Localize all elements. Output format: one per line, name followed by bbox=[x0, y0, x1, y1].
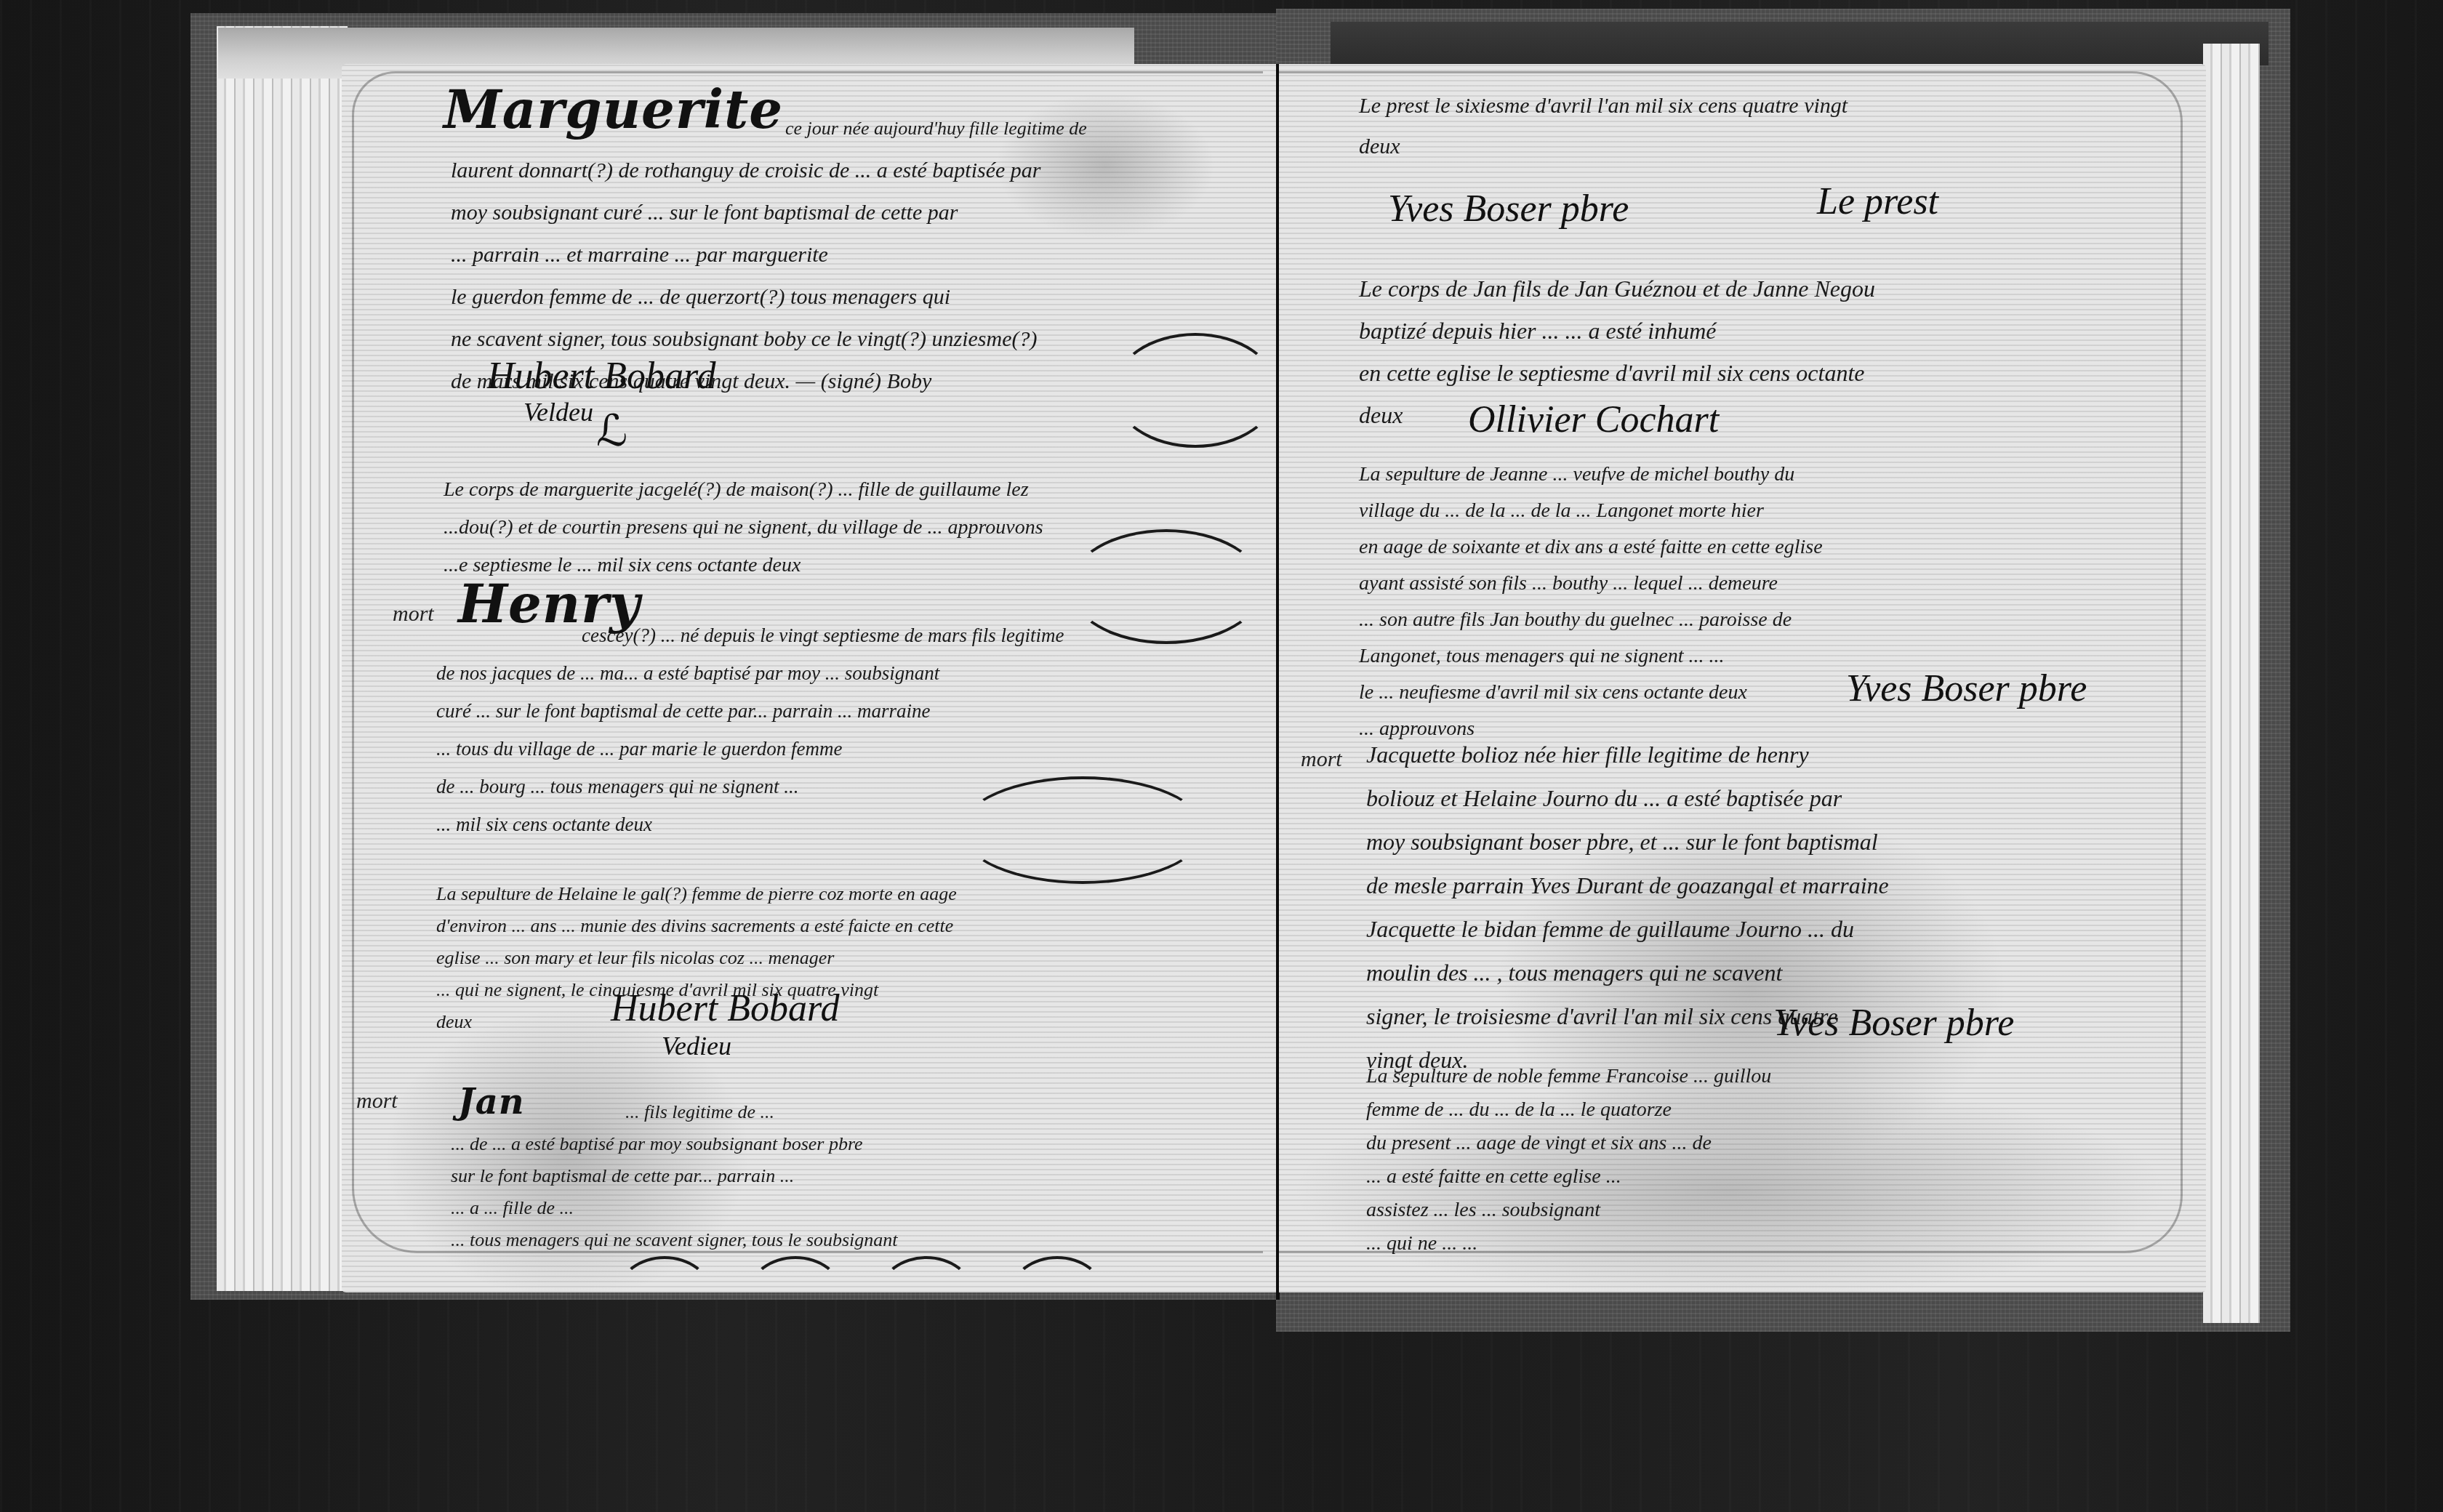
right-page: Le prest le sixiesme d'avril l'an mil si… bbox=[1279, 64, 2206, 1292]
entry-burial-text: La sepulture de noble femme Francoise ..… bbox=[1366, 1060, 1771, 1260]
margin-note-mort: mort bbox=[1301, 747, 1342, 772]
entry-burial-text: Le corps de marguerite jacgelé(?) de mai… bbox=[444, 471, 1043, 584]
page-edges-left bbox=[217, 26, 348, 1291]
inner-board bbox=[1331, 22, 2268, 65]
margin-note-mort: mort bbox=[393, 602, 434, 627]
signature-flourish bbox=[960, 776, 1206, 884]
signature: Hubert Bobard bbox=[611, 987, 839, 1030]
entry-burial-text: La sepulture de Jeanne ... veufve de mic… bbox=[1359, 457, 1823, 747]
signature: Yves Boser pbre bbox=[1773, 1002, 2014, 1045]
squiggle-mark bbox=[749, 1256, 842, 1292]
signature: Yves Boser pbre bbox=[1388, 188, 1629, 230]
squiggle-mark bbox=[880, 1256, 973, 1292]
entry-continuation-text: Le prest le sixiesme d'avril l'an mil si… bbox=[1359, 86, 1848, 167]
signature-flourish bbox=[1112, 333, 1277, 448]
signature: Vedieu bbox=[662, 1031, 731, 1061]
signature: Veldeu bbox=[523, 397, 593, 427]
entry-baptism-text: ... fils legitime de ... ... de ... a es… bbox=[451, 1096, 898, 1256]
margin-note-mort: mort bbox=[356, 1089, 398, 1114]
signature: Yves Boser pbre bbox=[1846, 667, 2087, 710]
signature: Hubert Bobard bbox=[487, 355, 715, 398]
signature: Ollivier Cochart bbox=[1468, 398, 1719, 441]
signature-flourish bbox=[1069, 529, 1264, 644]
paraph-mark: ℒ bbox=[596, 406, 627, 457]
signature: Le prest bbox=[1817, 180, 1938, 223]
page-edges-right bbox=[2203, 44, 2260, 1323]
squiggle-mark bbox=[1011, 1256, 1104, 1292]
left-page: Marguerite ce jour née aujourd'huy fille… bbox=[342, 64, 1277, 1292]
